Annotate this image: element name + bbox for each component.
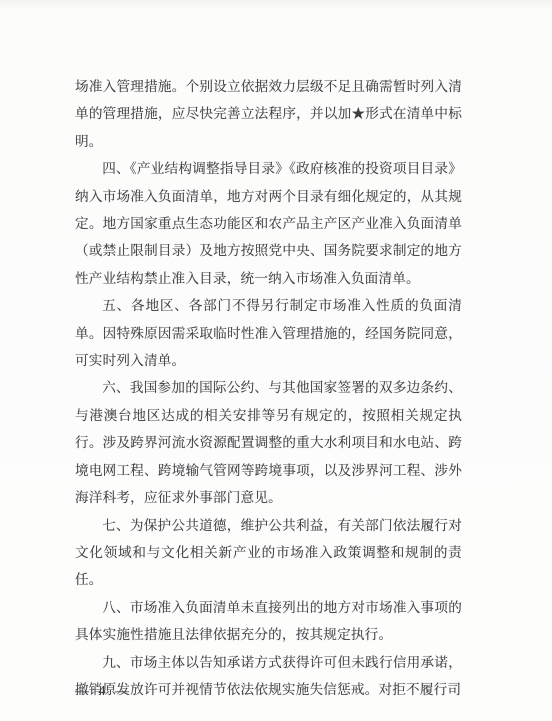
paragraph-item-8: 八、市场准入负面清单未直接列出的地方对市场准入事项的具体实施性措施且法律依据充分… [75,594,462,649]
document-body: 场准入管理措施。个别设立依据效力层级不足且确需暂时列入清单的管理措施，应尽快完善… [75,73,462,703]
paragraph-item-9: 九、市场主体以告知承诺方式获得许可但未践行信用承诺，撤销原发放许可并视情节依法依… [75,649,462,704]
paragraph-item-7: 七、为保护公共道德，维护公共利益，有关部门依法履行对文化领域和与文化相关新产业的… [75,512,462,594]
document-page: 场准入管理措施。个别设立依据效力层级不足且确需暂时列入清单的管理措施，应尽快完善… [0,0,552,721]
page-number: — 4 — [75,684,132,700]
paragraph-continuation: 场准入管理措施。个别设立依据效力层级不足且确需暂时列入清单的管理措施，应尽快完善… [75,73,462,155]
paragraph-item-6: 六、我国参加的国际公约、与其他国家签署的双多边条约、与港澳台地区达成的相关安排等… [75,374,462,511]
paragraph-item-4: 四、《产业结构调整指导目录》《政府核准的投资项目目录》纳入市场准入负面清单，地方… [75,155,462,292]
paragraph-item-5: 五、各地区、各部门不得另行制定市场准入性质的负面清单。因特殊原因需采取临时性准入… [75,292,462,374]
